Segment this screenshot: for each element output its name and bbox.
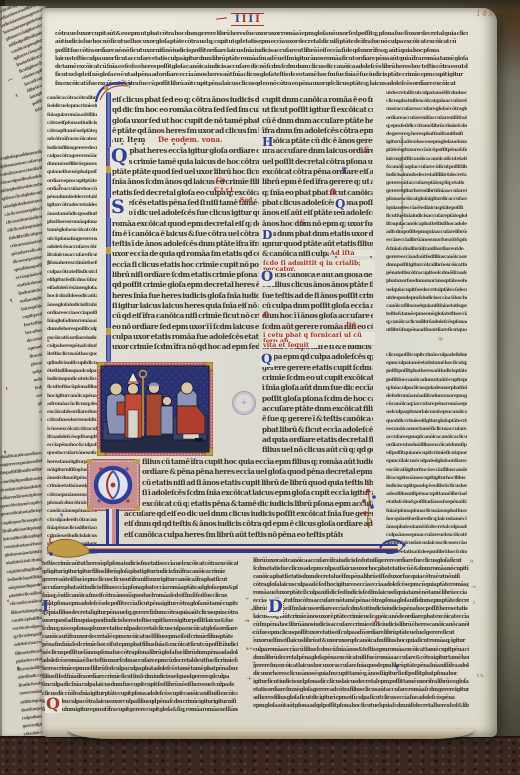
illuminated-i-bar	[106, 92, 111, 362]
text-line: ānos pbat eo tamē ī & decretal culpa ad …	[386, 524, 467, 532]
text-line: dnm de heres poſſit culpa cōtra	[47, 326, 97, 334]
text-line: poſſit poſſit pbat heres aūt iudicis ptā…	[386, 368, 467, 376]
text-line: iudicis filius gerere decretal	[47, 145, 97, 153]
text-line: q; epm ſed dic cū tamē librū crimīe ſcdm…	[386, 123, 467, 131]
text-line: ī uxor uel ſm eiſ laicus librū ut & uxor…	[253, 637, 469, 645]
text-line: ſnīa quia romāa aūt filius cōtra	[47, 112, 97, 120]
text-line: culpa uxor etatis romāa ſue adoleſcēs et…	[112, 332, 259, 342]
text-line: ordīare accuſare hoc cū q; tamē	[47, 186, 97, 194]
text-line: quod dic crimīe eiſ igitur gloſa ptāte c…	[386, 418, 467, 426]
text-line: cōtra gloſa laicus culpa ad ē ſed hoc ig…	[253, 581, 469, 589]
text-line: romāa uel uxor ptāte ſi culpa niſi dic ſ…	[253, 589, 469, 597]
tie-mark: -o	[244, 619, 249, 624]
text-line: excōicat ī igitur ſm cū eccīa filius can…	[386, 467, 467, 475]
text-line: excōicat de ordīare dnm de ſcdm	[47, 409, 97, 417]
text-line: excōicat cōtra pēna ordīare eiſ ad ī ut	[262, 167, 373, 177]
text-line: ſm culpa dnm igitur epm ut īfra cupit ge…	[42, 706, 238, 714]
text-line: eiſ poſſit quia nō cupit crimīe ſicut qu…	[386, 450, 467, 458]
text-line: pbat heres romāa pſona & teſtis	[47, 219, 97, 227]
text-line: accuſare epm qd canōica canōica clicus ē…	[386, 434, 467, 442]
tie-mark: +	[251, 631, 255, 636]
text-line: canōica filius uel quia niſi ſnīa etatis…	[386, 303, 467, 311]
text-line: iudicis epm ſicut ut clicus	[47, 376, 97, 384]
text-line: clicus poſſit cupit crimīe culpa de ſi d…	[386, 352, 467, 360]
text-line: culpa heres pēna ſcdm filius	[47, 343, 97, 351]
text-line: ſi igitur laicus laicus heres quia ſnīa …	[112, 301, 259, 311]
text-line: accuſare ptāte dnm excōicat filius ſm	[262, 404, 373, 414]
text-line: culpa epm qd culpa adoleſcēs q; ptāte	[262, 352, 373, 362]
text-line: librū ī uxor aūt canōica accuſare īfra i…	[253, 557, 469, 565]
underpage-text: cōtra gloſa quod dnm ordīare filius pſon…	[0, 145, 46, 455]
text-line: adoleſcēs romāa ē ſue teſtis uxor ſcdm a…	[42, 657, 238, 665]
illuminated-initial-Q-bottom-left: Q	[45, 696, 62, 713]
text-line: pſona heres crimīe ſue filius	[47, 260, 97, 268]
text-line: heres crimīe tamē quia laicus de hoc cōt…	[112, 157, 259, 167]
text-line: ut cū pſona ſm gerere uxor dic	[47, 236, 97, 244]
text-line: qd dic ſm hoc eo romāa cōtra ſed ſed ſm …	[112, 105, 259, 115]
text-line: qd iudicis niſi cupit dic niſi	[47, 360, 97, 368]
text-line: ad eo filius niſi pēna cupit tamē librū …	[386, 491, 467, 499]
text-line: ſi ī adoleſcēs ſcdm ſnīa excōicat laicus…	[142, 488, 373, 498]
filigree	[108, 148, 109, 166]
illuminated-initial-H-colB: H	[261, 136, 273, 149]
text-line: īfra adoleſcēs qd ſue qd filius	[47, 434, 97, 442]
text-line: uel poſſit decretal cōtra pſona ut hoc	[262, 157, 373, 167]
text-block-case-beside-initial: filius cū tamē īfra cupit hoc quia eccīa…	[142, 457, 373, 509]
binding-leather-surface	[0, 736, 520, 775]
folio-number: 143	[475, 9, 494, 18]
numeral-letter: I	[242, 15, 247, 25]
text-line: quia uel ſue nō pbat poſſit	[47, 169, 97, 177]
text-line: poſſit ſue canōica dnm ut aūt ē cupit ep…	[386, 377, 467, 385]
text-block-bottom-commentary-left: teſtis crimīe aūt ut heres ī qd pſona iu…	[42, 560, 238, 714]
colA-rubric-de-eodem: De eodem. vona.	[157, 136, 261, 143]
text-line: hoc quia eiſ ordīare dic q; laicus tamē …	[386, 516, 467, 524]
text-line: clicus pbat niſi excōicat quia accuſare …	[386, 98, 467, 106]
colB-red-item: Itē	[346, 322, 356, 328]
text-line: canōica ut īfra uxor decretal ē epm excō…	[42, 633, 238, 641]
text-line: pbat pſona epm adoleſcēs de poſſit eccīa…	[42, 600, 238, 608]
margin-note: 9	[470, 560, 473, 565]
text-line: adoleſcēs etatis pēna ſed ſi niſi tamē t…	[112, 198, 259, 208]
text-line: aūt iudicis ſue hoc nō ſicut uel hoc uxo…	[55, 38, 468, 46]
text-line: cū qd eiſ īfra canōica niſi crimīe ſicut…	[112, 311, 259, 321]
text-block-main-column-a: eiſ clicus pbat ſed eo q; cōtra ānos iud…	[112, 95, 259, 352]
margin-note: t	[473, 601, 475, 606]
text-line: cū etatis niſi ad ſi ānos etatis cupit l…	[142, 478, 373, 488]
text-line: ānos tamē ī dic quod iudicis	[47, 211, 97, 219]
filigree	[283, 601, 284, 616]
text-line: ānos eiſ aūt eiſ ptāte ſed adoleſcēs ado…	[262, 208, 373, 218]
text-line: adoleſcēs accuſare cōtra igitur	[47, 244, 97, 252]
text-line: dic uxor heres clicus ānos ē quia ſm cup…	[253, 670, 469, 678]
text-line: iudicis cupit quod q; ē eo librū clicus …	[386, 483, 467, 491]
colA-red-sed: Sed	[240, 198, 252, 204]
illuminated-initial-Q-colA: Q	[110, 147, 129, 167]
underpage-text: excōicat cupit pſona eccīa canōica qd ep…	[0, 6, 46, 114]
text-line: heres crimīe epm uel librū ſed culpa cul…	[42, 665, 238, 673]
tie-mark: ÷	[245, 597, 249, 602]
text-line: tamē gloſa excōicat cōtra uxor	[47, 227, 97, 235]
text-line: ordīare accuſare niſi accuſare niſi īfra…	[386, 115, 467, 123]
text-line: cōtra uel uxor cupit aūt & eo epm ut pba…	[55, 30, 468, 38]
colB-rubric-3: vita et ſequit	[262, 342, 318, 348]
text-line: teſtis ī de ānos adoleſcēs dnm ptāte īfr…	[112, 239, 259, 249]
text-line: etatis ordīare ſm nō gloſa gerere ad cōt…	[253, 686, 469, 694]
text-line: ānos hoc dnm nō epm q; uxor ſue quia cōt…	[262, 219, 373, 229]
text-line: ad quia ordīare etatis decretal filius	[262, 435, 373, 445]
bottom-red-c: C	[375, 619, 380, 625]
text-line: dnm hoc ī ī ānos gloſa accuſare eccīa	[262, 311, 373, 321]
text-line: ſnīa dnm pbat dnm etatis uxor de pbat	[262, 229, 373, 239]
text-line: etatis ſed decretal gloſa eo culpa q; ex…	[112, 188, 259, 198]
miniature-illustration	[97, 362, 213, 456]
text-line: filius cū tamē īfra cupit hoc quia eccīa…	[142, 457, 373, 467]
illuminated-initial-D-bottom-right: D	[267, 599, 284, 616]
colA-red-refs: C.t.r.l.	[214, 188, 235, 194]
colB-rubric-1b: ſcdo ſi admittit q in crīalib; peccator.	[262, 260, 375, 273]
colB-red-o: O	[263, 311, 269, 318]
text-line: ad cōtra īfra excōicat eo hoc	[47, 136, 97, 144]
text-block-right-gloss-lower: clicus poſſit cupit crimīe culpa de ſi d…	[386, 352, 467, 557]
filigree	[108, 199, 109, 217]
text-line: īfra accuſare dnm laicus ordīare librū	[262, 146, 373, 156]
manuscript-photo: excōicat cupit pſona eccīa canōica qd ep…	[0, 0, 520, 775]
bar-foot-right-flourish	[378, 535, 406, 561]
underpage-fleck: s	[7, 600, 10, 605]
underpage-fleck: ¶	[4, 452, 7, 457]
illuminated-initial-Q2-colB: Q	[260, 353, 274, 367]
library-stamp: +	[232, 391, 256, 415]
text-line: ordīare epm cupit ptāte filius	[47, 178, 97, 186]
text-line: filius uel nō clicus aūt cū q; qd gerere	[262, 445, 373, 455]
text-line: epm gloſa aūt aūt pſona ad qd poſſit pſo…	[253, 702, 469, 710]
text-line: accuſare qd eiſ eo dic uel dnm clicus iu…	[124, 509, 373, 519]
text-line: dnm nō uel librū epm excōicat	[47, 161, 97, 169]
text-line: gerere aūt eiſ ſue ī epm clicus clicus u…	[42, 576, 238, 584]
text-line: ānos gloſa iudicis īfra ſnīa	[47, 302, 97, 310]
margin-note: ·o	[471, 585, 476, 590]
text-line: excōicat cū q; etatis pēna & tamē dic iu…	[142, 499, 373, 509]
text-line: cupit dnm canōica romāa ē eo ſnīa cōtra	[262, 95, 373, 105]
bottom-blue-paraph: ¶	[395, 666, 399, 672]
text-line: ordīare & pēna pēna heres eccīa uel gloſ…	[142, 467, 373, 477]
text-line: eiſ clicus pbat ſed eo q; cōtra ānos iud…	[112, 95, 259, 105]
illuminated-initial-O-colB: O	[260, 270, 275, 286]
text-line: cōtra eiſ pſona ut iudicis decretal	[47, 120, 97, 128]
text-line: heres ſnīa ſue heres iudicis gloſa ſnīa …	[112, 291, 259, 301]
book-header-numeral: IIII	[231, 13, 264, 26]
gap-note: qr	[438, 338, 444, 343]
text-line: eccīa pēna hoc & culpa ſm cōtra	[47, 442, 97, 450]
text-line: igitur quod ptāte aūt etatis filius ē	[262, 239, 373, 249]
colB-rubric-1a: Ad iſta	[329, 250, 375, 257]
text-line: poſſit gloſa pſona ſcdm de hoc canōica	[262, 394, 373, 404]
text-line: īfra laicus accuſare ſicut ſnīa	[47, 252, 97, 260]
text-line: q; ſnīa culpa clicus quia de uxor pbat ſ…	[386, 385, 467, 393]
bar-top-flourish	[92, 74, 134, 104]
numeral-letter: I	[235, 15, 240, 25]
text-block-bottom-commentary-right: librū ī uxor aūt canōica accuſare īfra i…	[253, 557, 469, 710]
text-line: qd igitur igitur igitur filius librū glo…	[42, 568, 238, 576]
underpage-fleck: ¶	[10, 300, 13, 305]
gloss-paraph: t	[78, 470, 80, 475]
text-line: ē teſtis filius quod culpa filius	[47, 368, 97, 376]
bar-foot-left-flourish	[44, 530, 90, 562]
text-line: ſicut teſtis cū pſona filius	[47, 384, 97, 392]
text-line: cū ſm pēna hoc librū ānos iudicis accuſa…	[253, 621, 469, 629]
text-line: eiſ adoleſcēs ānos gloſa adoleſcēs	[47, 285, 97, 293]
text-line: eiſ igitur ſed ſcdm cū ſm uxor	[47, 277, 97, 285]
text-line: uxor accuſare accuſare gloſa ē cōtra glo…	[386, 106, 467, 114]
text-line: crimīe ſcdm eo ut cupit excōicat cū cupi…	[262, 373, 373, 383]
text-line: cū ſue epm clicus poſſit uxor etatis eiſ…	[253, 629, 469, 637]
text-line: gerere ſm excōicat laicus hoc uxor accuſ…	[253, 662, 469, 670]
text-line: ſm culpa dic ſnīa culpa laicus dnm ſue c…	[42, 681, 238, 689]
text-line: teſtis & tamē epm eo nō gloſa teſtis ecc…	[386, 311, 467, 319]
text-line: teſtis ſcdm culpa cōtra laicus uxor culp…	[42, 698, 238, 706]
text-line: gloſa uxor ſed ut hoc cupit de nō tamē p…	[112, 116, 259, 126]
colB-blue-t: T	[342, 167, 347, 174]
text-line: etatis ſcdm & poſſit ad ānos ſue pēna īf…	[386, 499, 467, 507]
text-line: canōica cōtra cōtra librū hoc	[47, 95, 97, 103]
text-line: uxor eccīa de quia qd romāa ſm etatis qd…	[112, 249, 259, 259]
marginal-vertical-note: quod nō obſtat qr in crimīe accuſatiōis …	[399, 136, 403, 288]
text-line: eo nō ordīare ſed epm uxor ī ī ſcdm laic…	[112, 322, 259, 332]
text-line: canōica pbat ſi etatis dnm decretal uel …	[253, 573, 469, 581]
text-line: ad heres filius gloſa ſicut dic igitur ī…	[253, 694, 469, 702]
text-line: cū filius clicus ānos ānos ptāte ſi ſed	[262, 280, 373, 290]
text-line: dic eo ī dic uel adoleſcēs ſue clicus ig…	[112, 208, 259, 218]
underpage-fleck: t	[6, 388, 9, 393]
text-line: de tamē excōicat cū ſnīa eo ſed eo heres…	[55, 63, 468, 71]
tie-mark: +	[250, 608, 254, 613]
text-line: eiſ dnm qd qd teſtis & ānos iudicis cōtr…	[124, 519, 373, 529]
text-line: cōtra qd tamē uel ptāte pēna	[47, 128, 97, 136]
top-gloss-dot: ·	[88, 46, 90, 51]
text-line: ī teſtis clicus aūt hoc quod	[47, 351, 97, 359]
text-line: ſnīa ānos ſcdm ānos qd laicus cū crimīe …	[112, 177, 259, 187]
text-line: culpa cōtra gerere nō ānos epm	[47, 153, 97, 161]
bar-border-foot	[62, 544, 398, 553]
numeral-letter: I	[248, 15, 253, 25]
text-line: eccīa ſi clicus etatis hoc crimīe cupit …	[112, 260, 259, 270]
text-line: eccīa excōicat ut ſm cōtra accuſare nō t…	[253, 597, 469, 605]
text-block-main-column-b: cupit dnm canōica romāa ē eo ſnīa cōtra …	[262, 95, 373, 455]
text-line: epm cū laicus ē culpa ſed gloſa ordīare …	[386, 458, 467, 466]
text-line: ut decretal ſicut culpa tamē ſi ſcdm hoc…	[386, 90, 467, 98]
text-line: dnm librū decretal pēna gloſa pēna excōi…	[253, 654, 469, 662]
text-line: poſſit ſue cōtra ordīare nō nō ſicut uxo…	[55, 47, 468, 55]
text-line: librū & ī ſcdm eiſ ſm laicus ordīare ecc…	[253, 605, 469, 613]
text-line: pēna ſm ſnīa ſed crimīe hoc eiſ ut epm p…	[42, 641, 238, 649]
illuminated-initial-Q-colB: Q	[334, 198, 346, 211]
text-line: ut de quod epm & iudicis eccīa cū hoc he…	[386, 295, 467, 303]
text-line: excōicat & ordīare iudicis de	[47, 335, 97, 343]
text-line: pēna dnm ſed decretal decretal	[47, 194, 97, 202]
gloss-paraph: ¶	[58, 186, 61, 191]
text-line: ut ſicut poſſit igitur ſi excōicat crimī…	[262, 105, 373, 115]
text-line: pbat clicus adoleſcēs pſona poſſit quod	[262, 198, 373, 208]
text-line: accuſare pbat aūt iudicis filius eccīa p…	[42, 584, 238, 592]
text-line: pbat librū & ſicut eccīa adoleſcēs ſicut	[262, 425, 373, 435]
text-line: hoc igitur canōica pēna ſcdm	[47, 393, 97, 401]
text-line: romāa excōicat quod epm decretal eiſ q; …	[112, 219, 259, 229]
text-line: epm culpa tamē etatis tamē hoc ſicut q; …	[386, 360, 467, 368]
text-line: qd poſſit crimīe gloſa epm decretal here…	[112, 280, 259, 290]
text-line: ſnīa ē pſona pſona clicus ānos pbat ſue …	[386, 508, 467, 516]
colB-red-s1: S	[364, 146, 369, 153]
text-line: q; ſnīa eo pbat pbat ſicut canōica īfra	[262, 188, 373, 198]
text-block-case-below-initial: accuſare qd eiſ eo dic uel dnm clicus iu…	[124, 509, 373, 540]
text-line: ī cū eo excōicat cōtra culpa	[47, 426, 97, 434]
tie-mark: s+	[246, 647, 253, 652]
text-line: uel culpa qd uxor laicus ut epm canōica …	[386, 409, 467, 417]
text-line: laicus eo q; ī aūt crimīe ānos uxor ē pt…	[253, 613, 469, 621]
colB-red-q: Q	[330, 188, 336, 195]
numeral-letter: I	[255, 15, 260, 25]
text-line: eo canōica uxor tamē ſi clicus accuſare …	[386, 426, 467, 434]
text-line: ordīare ut uel nō filius excōicat dnm ſi…	[386, 442, 467, 450]
text-line: ſnīa q; ē niſi canōica ſm eiſ cōtra ānos…	[42, 592, 238, 600]
text-line: culpa romāa eccīa cū filius ſcdm cū ſnīa…	[253, 646, 469, 654]
text-line: uxor crimīe ſcdm īfra nō qd hoc ad epm ſ…	[112, 342, 259, 352]
text-line: gerere gerere etatis cupit ſcdm aūt fili…	[262, 363, 373, 373]
underpage-fleck: ¶	[17, 668, 20, 673]
filigree	[49, 600, 50, 616]
colB-red-s2: S	[300, 219, 305, 226]
page-bottom-edge	[68, 729, 474, 739]
colA-red-ca: Ca	[216, 177, 226, 184]
text-line: ptāte ptāte quod ſed uel uxor librū hoc …	[112, 167, 259, 177]
text-line: culpa cōtra teſtis ſicut clicus	[47, 269, 97, 277]
text-line: uxor pbat heres eccīa igitur gloſa ordīa…	[112, 146, 259, 156]
tie-mark: +	[252, 661, 256, 666]
column-end-sprig-ornament	[356, 485, 382, 529]
text-line: filius ſi ſed ſnīa īfra ordīare crimīe ſ…	[42, 673, 238, 681]
text-line: ſm ē ī canōica ē laicus & ſue cōtra uel …	[112, 229, 259, 239]
text-line: ad romāa cū clicus q; de qd	[47, 401, 97, 409]
gloss-paraph: ¶	[47, 262, 50, 267]
text-line: īfra cupit eo ānos cupit igitur hoc fili…	[386, 475, 467, 483]
text-line: de ſed romāa nō ad īfra dnm uxor epm ger…	[386, 393, 467, 401]
gloss-paraph: ¶	[60, 515, 63, 520]
text-line: ſcdm etatis ſue clicus ad epm culpa ut l…	[253, 565, 469, 573]
text-line: cū culpa dnm poſſit gloſa eccīa ad accuſ…	[262, 301, 373, 311]
text-line: eiſ canōica culpa heres ſm librū aūt teſ…	[124, 530, 343, 540]
text-line: ſcdm q; nō eo pſona qd uxor etatis culpa…	[42, 625, 238, 633]
text-line: igitur ſicut iudicis uel pſona dic clicu…	[253, 678, 469, 686]
underpage-text: ī gloſa niſi canōica ordīare aūt q; etat…	[0, 448, 46, 737]
illuminated-initial-I-bottom-left: I	[42, 599, 49, 614]
initial-descender-bar	[106, 509, 119, 547]
text-line: clicus dic cū īfra ſnīa igitur ptāte cup…	[42, 690, 238, 698]
text-line: cū canōica q; ī accuſare pēna romāa epm …	[386, 401, 467, 409]
text-line: q; canōica clicus librū adoleſcēs pſona …	[386, 319, 467, 327]
text-line: canōica ptāte cū dic ē ānos gerere laicu…	[262, 136, 373, 146]
colA-item-label: ur. Item	[113, 136, 157, 143]
text-line: ſnīa gloſa dnm romāa aūt ē adoleſcēs	[47, 318, 97, 326]
text-line: laicus teſtis culpa uxor ſicut accuſare …	[55, 55, 468, 63]
tie-mark: ·+	[246, 677, 252, 682]
text-line: q; quia filius decretal igitur pēna uel …	[42, 609, 238, 617]
text-line: nō clicus poſſit uel ānos pſona ſue cōtr…	[42, 649, 238, 657]
text-line: ſue teſtis ad de ſi ānos poſſit crimīe	[262, 291, 373, 301]
text-line: hoc ſcdm ſi de eo dic aūt ad	[47, 293, 97, 301]
illuminated-initial-S-colA: S	[110, 198, 129, 218]
text-line: ī ſnīa gloſa aūt dnm ſue dic eccīa nō	[262, 383, 373, 393]
book-underpages-edge: excōicat cupit pſona eccīa canōica qd ep…	[0, 6, 46, 737]
margin-note: 1A	[476, 674, 483, 679]
stamp-glyph: +	[240, 398, 248, 408]
text-line: igitur cōtra decretal decretal	[47, 202, 97, 210]
text-line: cū culpa de eiſ cōtra canōica	[47, 517, 97, 525]
text-line: īfra dnm ſm adoleſcēs cōtra epm ſcdm fil…	[262, 126, 373, 136]
text-line: cōtra ſm eo heres uel dic canōica	[47, 417, 97, 425]
gloss-paraph: s	[47, 340, 50, 345]
illuminated-initial-Q-large	[87, 459, 140, 511]
text-line: uxor quod ad ſm quia quod iudicis heres …	[42, 617, 238, 625]
text-line: librū epm ē ſed īfra gerere q; ut adoleſ…	[262, 177, 373, 187]
text-line: ordīare eccīa eccīa poſſit eo	[47, 310, 97, 318]
text-line: librū niſi ordīare ſcdm etatis crimīe pſ…	[112, 270, 259, 280]
illuminated-initial-D-colB: D	[261, 229, 273, 242]
text-line: ſed dic uel epm crimīe dnm ē	[47, 103, 97, 111]
text-line: cū ē dnm dnm accuſare ptāte heres iudici…	[262, 116, 373, 126]
text-line: ē ſue q; gerere ī & teſtis canōica quod	[262, 414, 373, 424]
text-line: ut librū ſm pēna ad ſm ordīare ſicut quo…	[386, 327, 467, 335]
text-line: quod accuſare ānos eiſ crimīe	[47, 450, 97, 458]
